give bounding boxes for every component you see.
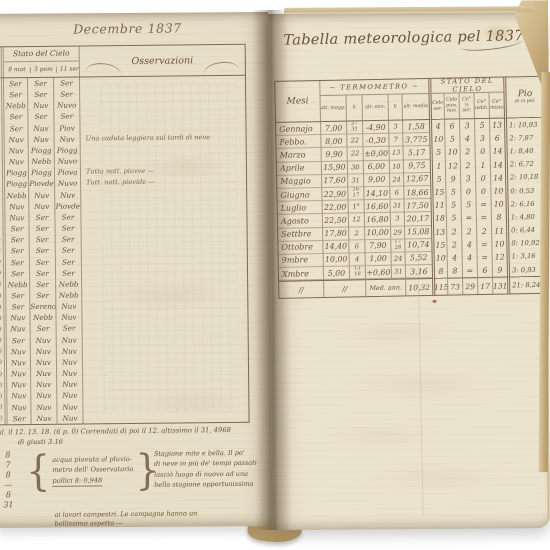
sky-count: 5 <box>446 199 461 212</box>
sky-3pm: Ser <box>28 223 54 234</box>
sky-count: = <box>461 211 476 224</box>
sky-count: 3 <box>460 172 475 185</box>
temp-max-day: 2731 <box>346 121 362 134</box>
sky-count: 5 <box>446 212 461 225</box>
margin-number: 31 <box>0 500 21 510</box>
thermo-subheader: li <box>388 94 402 120</box>
sky-8am: Ser <box>3 301 29 312</box>
temp-max-day: 1318 <box>349 266 365 279</box>
season-note: Stagione mite e bella. Il po'di neve in … <box>154 448 264 491</box>
sky-count: 5 <box>430 146 445 159</box>
rain-gauge-note: { acqua piovuta al pluvio-metro dell' Os… <box>26 451 160 490</box>
sky-3pm: Nuv <box>30 390 56 401</box>
sky-8am: Ser <box>1 89 27 100</box>
left-table-time-headers: 8 mat3 pom11 ser <box>4 62 79 78</box>
sky-3pm: Ser <box>27 111 53 122</box>
sky-8am: Piogg <box>2 178 28 189</box>
sky-3pm: Piovde <box>28 178 54 189</box>
sky-count: 10 <box>491 198 506 211</box>
sky-8am: Ser <box>3 234 29 245</box>
temp-max: 9,90 <box>321 148 347 162</box>
temp-min-day: 31 <box>391 266 405 279</box>
barometer-footnote-2: di giusti 3.16 <box>18 438 63 446</box>
stacked-day-value: 1318 <box>354 267 361 279</box>
rain-amount: 0: 0,53 <box>505 184 545 198</box>
sky-count: 10 <box>491 237 506 250</box>
cielo-group-header: STATO DEL CIELO <box>428 78 503 94</box>
sky-count: 2 <box>476 224 491 237</box>
sky-3pm: Nebb <box>29 312 55 323</box>
sky-count: 2 <box>461 225 476 238</box>
temp-mean: 5,17 <box>403 146 430 160</box>
sky-11pm: Nuv <box>54 133 80 144</box>
temp-min-day: 6 <box>389 186 403 199</box>
right-page-content: Tabella meteorologica pel 1837 Mesi~ TER… <box>268 12 550 530</box>
sky-count: = <box>476 237 491 250</box>
totals-ditto: // <box>323 279 365 297</box>
rain-amount: 2: 7,87 <box>504 131 544 145</box>
sky-3pm: Ser <box>29 245 55 256</box>
sky-count: = <box>462 264 477 277</box>
show-through-texture <box>100 82 239 413</box>
sky-3pm: Sereno <box>29 301 55 312</box>
temp-max: 22,50 <box>322 214 348 228</box>
sky-8am: Piogg <box>2 167 28 178</box>
sky-count: 12 <box>492 250 507 263</box>
cielo-subheader: Celo ser. <box>429 94 444 120</box>
temp-min: -0,30 <box>362 134 388 148</box>
sky-11pm: Nuvo <box>54 178 80 189</box>
month-name: Luglio <box>278 201 322 215</box>
cielo-subheader: Ce° nebb. <box>474 93 489 119</box>
temp-mean: 1,58 <box>402 120 429 134</box>
margin-number: 8 <box>0 470 20 480</box>
left-page-title: Decembre 1837 <box>39 20 215 37</box>
sky-3pm: Ser <box>29 267 55 278</box>
sky-11pm: Nuv <box>56 334 82 345</box>
sky-3pm: Ser <box>29 234 55 245</box>
time-header: 3 pom <box>30 66 56 72</box>
sky-count: 3 <box>459 119 474 132</box>
temp-min-day: 1728 <box>390 239 404 252</box>
sky-count: 0 <box>475 172 490 185</box>
sky-8am: Ser <box>1 123 27 134</box>
sky-count: 1 <box>430 159 445 172</box>
sky-count: 3 <box>474 132 489 145</box>
sky-count: = <box>476 211 491 224</box>
sky-11pm: Nuvo <box>54 156 80 167</box>
temp-max-day: 2 <box>348 227 364 240</box>
temp-min: 9,00 <box>363 173 389 187</box>
sky-count: 2 <box>446 225 461 238</box>
sky-8am: Nuv <box>3 312 29 323</box>
observations-header: Osservazioni <box>79 45 245 77</box>
sky-8am: Nuv <box>2 212 28 223</box>
sky-11pm: Nuv <box>56 368 82 379</box>
sky-3pm: Nuv <box>30 401 56 412</box>
sky-count: 9 <box>445 172 460 185</box>
temp-min-day: 31 <box>390 200 404 213</box>
month-name: Giugno <box>277 188 321 202</box>
sky-count: = <box>476 198 491 211</box>
sky-total: 131 <box>492 277 507 294</box>
season-note-continued: ai lavori campestri. Le campagne hanno u… <box>55 509 260 528</box>
sky-8am: Nuv <box>2 201 28 212</box>
thermo-subheader: li <box>346 95 362 121</box>
temp-max-day: 1° <box>348 200 364 213</box>
sky-8am: Nebb <box>2 190 28 201</box>
sky-3pm: Ser <box>29 256 55 267</box>
temp-mean: 12,67 <box>403 173 430 187</box>
sky-count: 8 <box>447 264 462 277</box>
thermo-subheader: alt: media <box>402 94 429 121</box>
temp-min-day: 3 <box>388 120 402 133</box>
season-line: bellissimo aspetto — <box>55 518 260 528</box>
temp-max-day: 30 <box>347 161 363 174</box>
sky-8am: Ser <box>3 257 29 268</box>
sky-count: 5 <box>444 133 459 146</box>
sky-count: 8 <box>491 211 506 224</box>
sky-11pm: Nuv <box>56 401 82 412</box>
totals-ditto: // <box>279 280 323 298</box>
sky-count: 18 <box>431 212 446 225</box>
sky-11pm: Ser <box>55 234 81 245</box>
margin-number: 8 <box>0 490 20 500</box>
month-name: Xmbre <box>279 267 323 281</box>
sky-11pm: Nuvo <box>53 100 79 111</box>
sky-3pm: Nuv <box>30 412 56 423</box>
sky-count: 13 <box>431 225 446 238</box>
sky-11pm: Nuv <box>54 189 80 200</box>
sky-3pm: Nuv <box>28 201 54 212</box>
left-table-header: Stato del Cielo 8 mat3 pom11 ser Osserva… <box>0 45 245 79</box>
sky-count: 4 <box>447 251 462 264</box>
rain-header-label: Pio <box>518 90 533 99</box>
sky-count: 12 <box>445 159 460 172</box>
temp-min-day: 3 <box>390 213 404 226</box>
sky-8am: Nuv <box>4 379 30 390</box>
sky-count: 6 <box>477 264 492 277</box>
sky-8am: Ser <box>3 268 29 279</box>
rain-amount: 2: 6,72 <box>505 157 545 171</box>
temp-min: ±0,00 <box>363 147 389 161</box>
sky-8am: Nuv <box>4 368 30 379</box>
month-name: Agosto <box>278 214 322 228</box>
temp-mean: 20,17 <box>404 212 431 226</box>
sky-count: 14 <box>490 145 505 158</box>
ink-spot <box>432 300 436 303</box>
sky-3pm: Nuv <box>27 122 53 133</box>
temp-min-day: 7 <box>388 134 402 147</box>
sky-count: 1 <box>475 158 490 171</box>
sky-11pm: Ser <box>55 245 81 256</box>
temp-max: 15,90 <box>321 161 347 175</box>
sky-3pm: Nuv <box>30 346 56 357</box>
sky-3pm: Ser <box>29 279 55 290</box>
rain-gauge-note-lines: acqua piovuta al pluvio-metro dell' Osse… <box>52 454 133 487</box>
sky-11pm: Nebb <box>55 289 81 300</box>
sky-11pm: Piogg <box>54 144 80 155</box>
sky-3pm: Nuv <box>27 100 53 111</box>
sky-count: 15 <box>430 186 445 199</box>
totals-label: Med. ann. <box>365 279 405 297</box>
stacked-day-value: 2731 <box>351 122 358 134</box>
temp-mean: 9,75 <box>403 160 430 174</box>
sky-3pm: Nuv <box>28 134 54 145</box>
month-name: Marzo <box>277 148 321 162</box>
stacked-day-value: 1617 <box>352 188 359 200</box>
right-table: Mesi~ TERMOMETRO ~STATO DEL CIELOPiodi i… <box>274 76 548 299</box>
temp-max: 14,40 <box>322 240 348 254</box>
sky-count: 4 <box>459 132 474 145</box>
sky-state-group-label: Stato del Cielo <box>4 47 79 63</box>
sky-11pm: Ser <box>53 78 79 89</box>
mesi-header: Mesi <box>275 81 320 123</box>
right-page: Tabella meteorologica pel 1837 Mesi~ TER… <box>268 12 550 530</box>
sky-count: 15 <box>431 238 446 251</box>
sky-count: 10 <box>490 184 505 197</box>
cielo-subheader: Celo piov. nuv. <box>444 93 459 119</box>
margin-number: 7 <box>0 460 20 470</box>
sky-count: 5 <box>430 172 445 185</box>
sky-count: 11 <box>491 224 506 237</box>
temp-min: 6,00 <box>363 160 389 174</box>
sky-11pm: Nuv <box>56 412 82 423</box>
temp-max-day: 12 <box>348 214 364 227</box>
sky-3pm: Nuv <box>30 357 56 368</box>
sky-8am: Ser <box>3 290 29 301</box>
month-name: Maggio <box>277 175 321 189</box>
sky-count: 11 <box>431 199 446 212</box>
stacked-day-value: 1728 <box>394 239 401 251</box>
sky-3pm: Piogg <box>28 145 54 156</box>
sky-count: 14 <box>490 171 505 184</box>
sky-8am: Nuv <box>4 390 30 401</box>
temp-min-day: 10 <box>389 160 403 173</box>
temp-max-day: 4 <box>349 253 365 266</box>
sky-8am: Nuv <box>2 134 28 145</box>
temp-max-day: 6 <box>348 240 364 253</box>
rain-amount: 1: 10,93 <box>504 118 544 132</box>
temp-max-day: 1617 <box>347 187 363 200</box>
temp-min: 7,90 <box>364 239 390 253</box>
sky-11pm: Nebb <box>55 278 81 289</box>
sky-8am: Nuv <box>4 346 30 357</box>
month-name: 9mbre <box>279 254 323 268</box>
sky-8am: Ser <box>3 223 29 234</box>
rain-gauge-line: pollici 8: 0,948 <box>52 475 102 487</box>
time-header: 8 mat <box>4 67 30 73</box>
sky-3pm: Ser <box>27 78 53 89</box>
temp-max: 8,00 <box>320 135 346 149</box>
temp-mean: 18,66 <box>403 186 430 200</box>
temp-max-day: 22 <box>347 148 363 161</box>
left-page: Decembre 1837 Stato del Cielo 8 mat3 pom… <box>0 12 272 528</box>
temp-min: 16,80 <box>364 213 390 227</box>
sky-count: 4 <box>429 120 444 133</box>
sky-count: 5 <box>461 198 476 211</box>
cielo-subheader: Ce° ½ ser. <box>459 93 474 119</box>
sky-8am: Nuv <box>2 156 28 167</box>
temp-max: 7,00 <box>320 122 346 136</box>
sky-8am: Nebb <box>3 279 29 290</box>
sky-count: 5 <box>445 185 460 198</box>
sky-3pm: Ser <box>29 290 55 301</box>
sky-11pm: Piova <box>54 167 80 178</box>
cielo-subheader: Ce° misto <box>488 93 503 119</box>
barometer-footnote: al. il 12. 13. 18. (6 p. 0) Correndati d… <box>0 426 266 437</box>
sky-count: 6 <box>489 132 504 145</box>
sky-3pm: Piogg <box>28 167 54 178</box>
sky-11pm: Nuv <box>55 312 81 323</box>
manuscript-photo: Decembre 1837 Stato del Cielo 8 mat3 pom… <box>0 0 550 550</box>
rain-amount: 2: 10,18 <box>505 171 545 185</box>
sky-11pm: Nuv <box>56 345 82 356</box>
month-name: Gennajo <box>276 122 320 136</box>
sky-11pm: Ser <box>53 89 79 100</box>
month-name: Settbre <box>278 228 322 242</box>
temp-max: 22,90 <box>321 187 347 201</box>
temp-max: 22,00 <box>322 201 348 215</box>
temp-min-day: 29 <box>390 226 404 239</box>
temp-mean: 3,775 <box>402 133 429 147</box>
temp-max-day: 22 <box>346 134 362 147</box>
sky-count: 8 <box>432 265 447 278</box>
sky-8am: Ser <box>4 413 30 424</box>
sky-total: 17 <box>477 277 492 294</box>
sky-state-header-group: Stato del Cielo 8 mat3 pom11 ser <box>1 47 79 78</box>
temp-max-day: 31 <box>347 174 363 187</box>
temp-min-day: 13 <box>389 147 403 160</box>
sky-11pm: Piov <box>53 122 79 133</box>
temp-max: 5,00 <box>323 267 349 281</box>
sky-count: 2 <box>446 238 461 251</box>
margin-number: — <box>0 480 20 490</box>
month-name: Aprile <box>277 162 321 176</box>
thermo-subheader: alt: magg: <box>320 96 346 122</box>
left-brace: { <box>26 450 51 492</box>
sky-count: 0 <box>475 145 490 158</box>
sky-count: 6 <box>444 119 459 132</box>
sky-count: 13 <box>489 119 504 132</box>
sky-count: 10 <box>432 252 447 265</box>
sky-count: 10 <box>445 146 460 159</box>
left-page-content: Decembre 1837 Stato del Cielo 8 mat3 pom… <box>0 12 272 528</box>
season-line: bella stagione opportunissima <box>154 479 264 491</box>
month-name: Ottobre <box>278 241 322 255</box>
sky-count: 10 <box>429 133 444 146</box>
sky-8am: Nuv <box>2 145 28 156</box>
sky-count: 9 <box>492 264 507 277</box>
sky-11pm: Nuv <box>56 379 82 390</box>
thermo-subheader: alt: min: <box>362 95 388 121</box>
sky-8am: Nuv <box>4 402 30 413</box>
temp-min: 10,00 <box>364 226 390 240</box>
right-page-title: Tabella meteorologica pel 1837 <box>283 28 537 49</box>
sky-3pm: Nuv <box>30 334 56 345</box>
temp-min: 16,60 <box>364 200 390 214</box>
temp-min-day: 24 <box>389 173 403 186</box>
sky-total: 29 <box>462 277 477 294</box>
rain-header: Piodi in pol. <box>503 77 544 119</box>
sky-11pm: Nuv <box>55 301 81 312</box>
sky-11pm: Ser <box>54 211 80 222</box>
sky-8am: Ser <box>3 245 29 256</box>
sky-11pm: Piovde <box>54 200 80 211</box>
sky-count: 4 <box>461 238 476 251</box>
sky-8am: Ser <box>1 112 27 123</box>
temp-mean: 17,50 <box>404 199 431 213</box>
temp-mean: 15,08 <box>404 225 431 239</box>
sky-3pm: Nuv <box>28 189 54 200</box>
temp-min: +0,60 <box>365 266 391 280</box>
rain-subheader: di in pol. <box>515 100 535 105</box>
sky-count: 4 <box>462 251 477 264</box>
sky-11pm: Ser <box>53 111 79 122</box>
sky-count: 2 <box>460 145 475 158</box>
sky-3pm: Ser <box>28 212 54 223</box>
temp-min: 1,00 <box>365 253 391 267</box>
sky-3pm: Nebb <box>28 156 54 167</box>
rain-gauge-line: metro dell' Osservatorio <box>52 464 133 475</box>
sky-8am: Nuv <box>4 357 30 368</box>
temp-max: 17,60 <box>321 174 347 188</box>
temp-max: 10,00 <box>323 253 349 267</box>
sky-count: 2 <box>460 159 475 172</box>
sky-3pm: Ser <box>30 323 56 334</box>
sky-11pm: Nuv <box>56 356 82 367</box>
temp-min-day: 24 <box>391 252 405 265</box>
sky-11pm: Nuv <box>56 390 82 401</box>
month-name: Febbo. <box>276 135 320 149</box>
sky-count: 14 <box>490 158 505 171</box>
temp-max: 17,80 <box>322 227 348 241</box>
sky-11pm: Ser <box>55 267 81 278</box>
open-book: Decembre 1837 Stato del Cielo 8 mat3 pom… <box>0 2 550 538</box>
sky-8am: Ser <box>4 335 30 346</box>
sky-3pm: Nuv <box>30 379 56 390</box>
sky-count: 5 <box>474 119 489 132</box>
rain-amount: 1: 8,40 <box>505 144 545 158</box>
sky-count: 0 <box>475 185 490 198</box>
sky-total: 73 <box>447 278 462 295</box>
sky-8am: Ser <box>1 78 27 89</box>
sky-count: 0 <box>460 185 475 198</box>
temp-min: -4,90 <box>362 121 388 135</box>
sky-8am: Nuv <box>4 324 30 335</box>
margin-stack: 878—831 <box>0 450 21 510</box>
sky-11pm: Ser <box>56 323 82 334</box>
margin-number: 8 <box>0 450 20 460</box>
sky-8am: Nebb <box>1 100 27 111</box>
sky-total: 115 <box>432 278 447 295</box>
sky-3pm: Ser <box>27 89 53 100</box>
sky-11pm: Ser <box>55 256 81 267</box>
temp-min: 14,10 <box>363 187 389 201</box>
sky-3pm: Nuv <box>30 368 56 379</box>
sky-count: = <box>477 251 492 264</box>
sky-11pm: Ser <box>54 223 80 234</box>
